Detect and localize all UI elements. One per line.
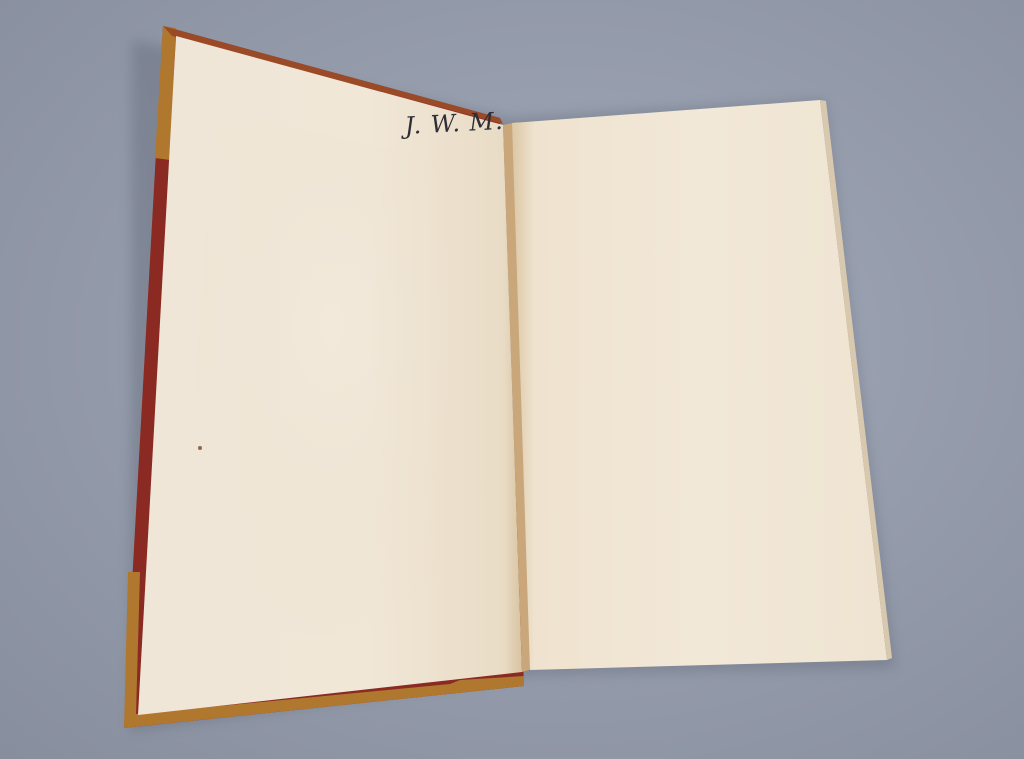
paper-spot: [198, 446, 202, 450]
open-book: [0, 0, 1024, 759]
photo-scene: J. W. M.: [0, 0, 1024, 759]
handwritten-inscription: J. W. M.: [404, 107, 504, 140]
left-page-light-area: [175, 110, 490, 650]
